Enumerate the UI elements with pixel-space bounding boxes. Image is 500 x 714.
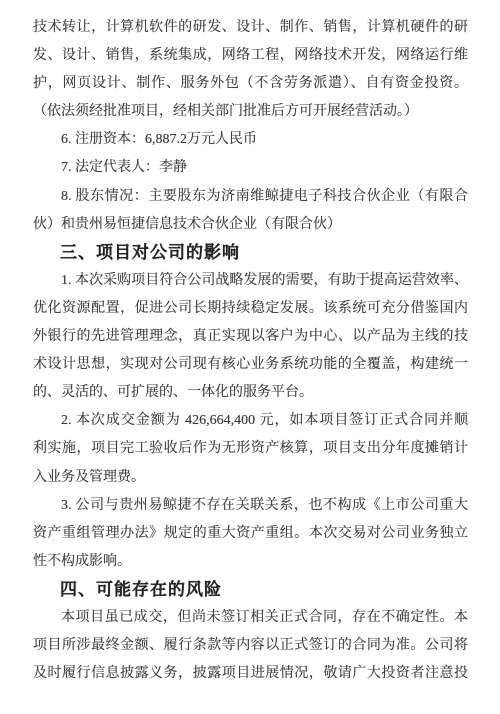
related-party-line: 性不构成影响。	[33, 548, 468, 576]
transaction-amount-line: 利实施，项目完工验收后作为无形资产核算，项目支出分年度摊销计	[33, 435, 468, 463]
impact-paragraph-line: 术设计思想，实现对公司现有核心业务系统功能的全覆盖，构建统一	[33, 351, 468, 379]
shareholders-line: 伙）和贵州易恒捷信息技术合伙企业（有限合伙）	[33, 211, 468, 239]
risk-paragraph-line: 项目所涉最终金额、履行条款等内容以正式签订的合同为准。公司将	[33, 632, 468, 660]
impact-paragraph-line: 优化资源配置，促进公司长期持续稳定发展。该系统可充分借鉴国内	[33, 295, 468, 323]
risk-paragraph-line: 及时履行信息披露义务，披露项目进展情况，敬请广大投资者注意投	[33, 660, 468, 688]
shareholders-line: 8. 股东情况：主要股东为济南维鲸捷电子科技合伙企业（有限合	[33, 183, 468, 211]
business-scope-line: 技术转让，计算机软件的研发、设计、制作、销售，计算机硬件的研	[33, 14, 468, 42]
business-scope-line: 发、设计、销售，系统集成，网络工程，网络技术开发，网络运行维	[33, 42, 468, 70]
impact-paragraph-line: 的、灵活的、可扩展的、一体化的服务平台。	[33, 379, 468, 407]
business-scope-note-line: （依法须经批准项目，经相关部门批准后方可开展经营活动。）	[33, 98, 468, 126]
transaction-amount-line: 入业务及管理费。	[33, 464, 468, 492]
legal-representative-line: 7. 法定代表人：李静	[33, 154, 468, 182]
document-page: 技术转让，计算机软件的研发、设计、制作、销售，计算机硬件的研 发、设计、销售，系…	[0, 0, 500, 714]
transaction-amount-line: 2. 本次成交金额为 426,664,400 元，如本项目签订正式合同并顺	[33, 407, 468, 435]
section-heading-impact: 三、项目对公司的影响	[33, 239, 468, 267]
business-scope-line: 护，网页设计、制作、服务外包（不含劳务派遣）、自有资金投资。	[33, 70, 468, 98]
related-party-line: 3. 公司与贵州易鲸捷不存在关联关系，也不构成《上市公司重大	[33, 492, 468, 520]
related-party-line: 资产重组管理办法》规定的重大资产重组。本次交易对公司业务独立	[33, 520, 468, 548]
impact-paragraph-line: 外银行的先进管理理念，真正实现以客户为中心、以产品为主线的技	[33, 323, 468, 351]
registered-capital-line: 6. 注册资本：6,887.2万元人民币	[33, 126, 468, 154]
risk-paragraph-line: 本项目虽已成交，但尚未签订相关正式合同，存在不确定性。本	[33, 604, 468, 632]
section-heading-risks: 四、可能存在的风险	[33, 576, 468, 604]
impact-paragraph-line: 1. 本次采购项目符合公司战略发展的需要，有助于提高运营效率、	[33, 267, 468, 295]
